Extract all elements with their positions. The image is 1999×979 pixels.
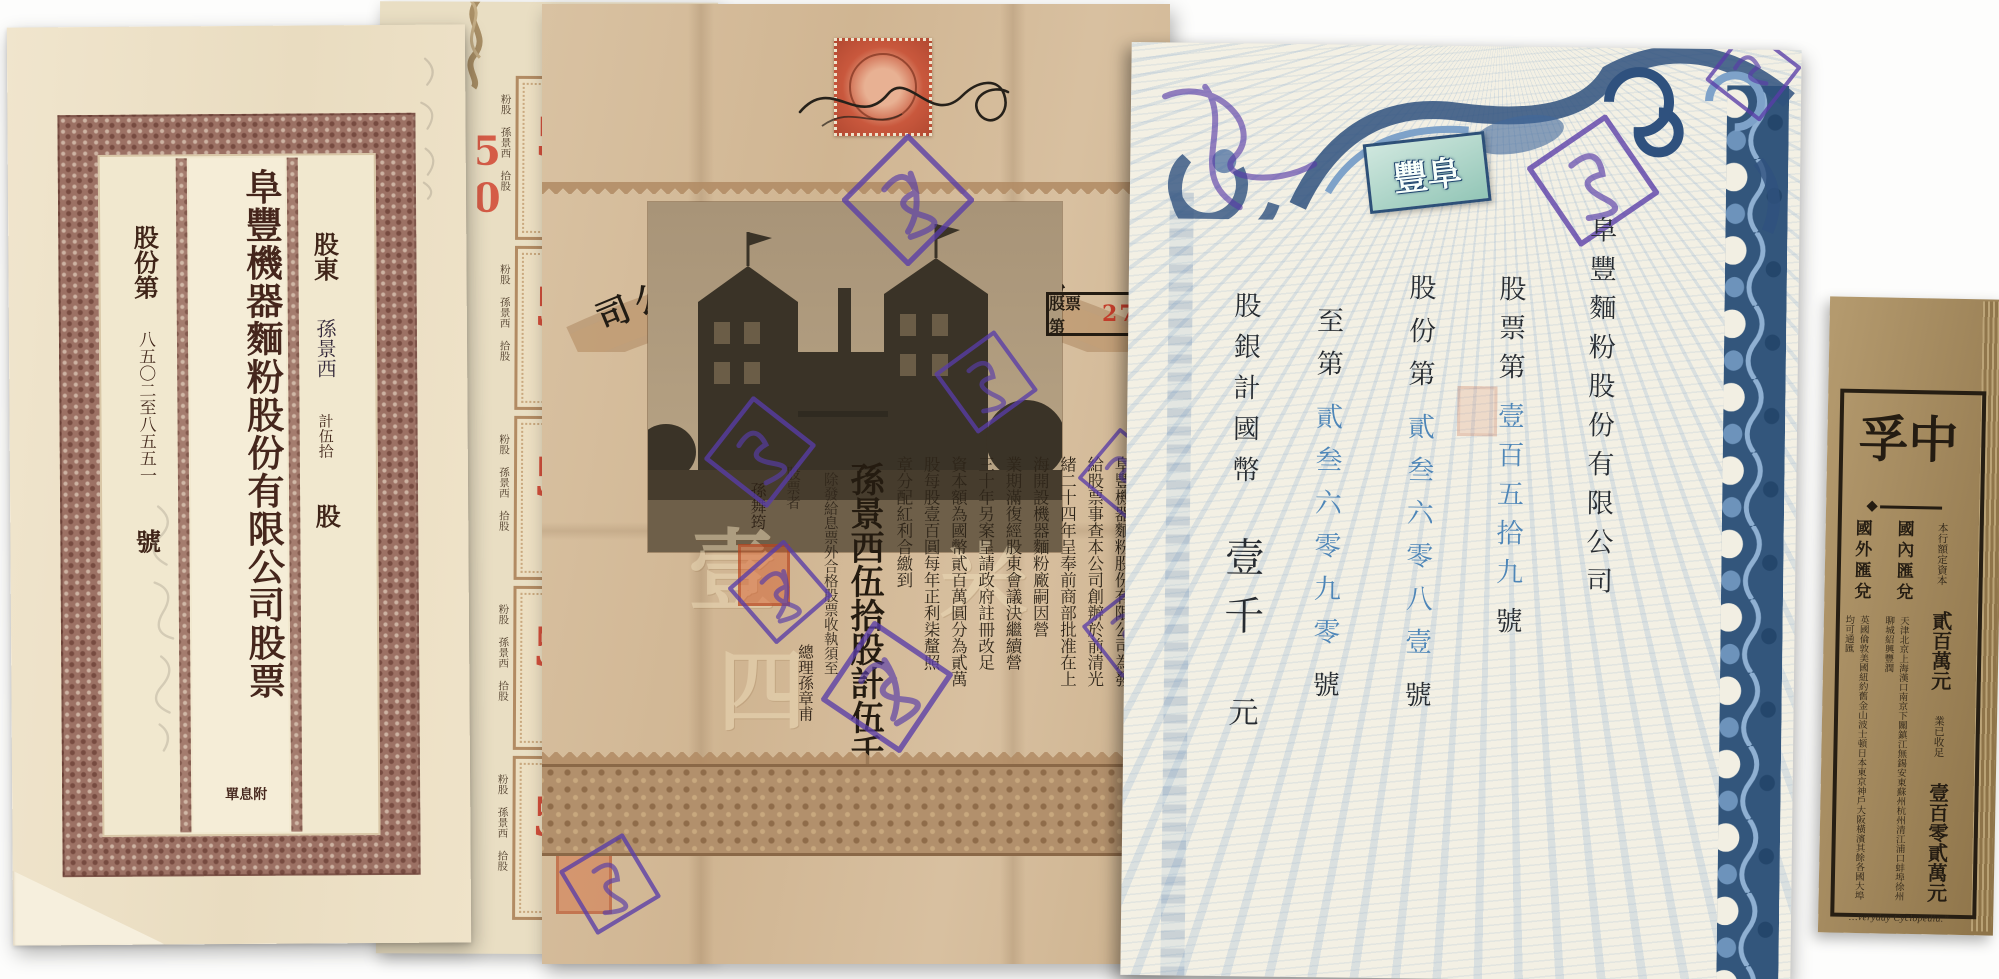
body-column: 海開設機器麵粉廠嗣因營 (1028, 456, 1050, 788)
share-range-start-column: 股份第貳叁六零八壹號 (1395, 273, 1438, 723)
purple-ink-scribble (1143, 66, 1341, 232)
cancel-stamp-icon (808, 608, 965, 765)
serial-range: 八五〇二至八五五一 (135, 331, 156, 484)
share-certificate-main: 司公限有份股粉麵器機豐阜 (542, 4, 1170, 964)
coupon-attached-note: 附息單 (210, 784, 282, 805)
ink-cancellation-squiggle (792, 34, 1042, 144)
share-range-end-value: 貳叁六零九零 (1308, 402, 1342, 660)
share-unit: 股 (312, 503, 341, 528)
shareholder-name: 孫景西 (313, 318, 337, 378)
domestic-exchange-label: 國內匯兌 (1890, 520, 1917, 604)
share-range-value: 貳叁六零八壹 (1400, 412, 1434, 670)
company-banner-ribbon: 阜豐 (1363, 131, 1492, 214)
amount-value: 壹千 (1217, 536, 1264, 653)
paid-label: 業已收足 (1932, 715, 1945, 757)
cut-coupon-remnant: 粉股 孫景西 拾股 (474, 774, 509, 924)
english-caption: …veryday Cyclopedia.” (1824, 912, 1974, 925)
share-range-prefix: 股份第 (1403, 273, 1436, 402)
amount-column: 股銀計國幣壹千元 (1211, 291, 1272, 741)
foreign-branch-list: 英國倫敦美國紐約舊金山波士頓日本東京神戶大阪橫濱其餘各國大埠均可通匯 (1830, 615, 1870, 904)
paid-value: 壹百零貳萬元 (1924, 782, 1950, 902)
stock-certificate-envelope: 阜豐機器麵粉股份有限公司股票 附息單 股東 孫景西 計伍拾 股 股份第 八五〇二… (7, 24, 471, 945)
banner-title: 阜豐 (1391, 144, 1464, 200)
body-column: 緒二十四年呈奉前商部批准在上 (1055, 456, 1077, 788)
ticket-number-prefix: 股票第 (1493, 274, 1525, 391)
pencil-annotation (118, 496, 212, 759)
pencil-annotation (403, 52, 456, 202)
cut-coupon-remnant: 粉股 孫景西 拾股 (476, 264, 511, 414)
serial-label: 股份第 (130, 225, 160, 300)
blue-share-certificate: 阜豐 阜豐麵粉股份有限公司 股票第壹百五拾九號 股份第貳叁六零八壹號 至第貳叁六… (1120, 42, 1801, 979)
cancel-stamp-icon (698, 390, 823, 515)
capital-label: 本行額定資本 (1936, 522, 1949, 585)
serial-prefix: 股票第 (1049, 291, 1095, 337)
cancel-stamp-icon (927, 323, 1046, 442)
ticket-number-column: 股票第壹百五拾九號 (1486, 274, 1528, 645)
amount-suffix: 元 (1222, 696, 1258, 740)
body-column: 三十年另案呈請政府註冊改足 (973, 456, 995, 788)
share-range-end-suffix: 號 (1307, 670, 1339, 713)
bank-name: 中孚 (1839, 399, 1978, 474)
cancel-stamp-icon (1700, 42, 1802, 127)
shareholder-column: 股東 孫景西 計伍拾 股 (306, 231, 344, 528)
share-range-suffix: 號 (1399, 680, 1431, 723)
share-range-end-prefix: 至第 (1311, 306, 1343, 392)
bank-booklet-cover: 中孚 本行額定資本 貳百萬元 業已收足 壹百零貳萬元 國內匯兌 天津北京上海漢口… (1818, 296, 1999, 935)
share-range-end-column: 至第貳叁六零九零號 (1304, 306, 1347, 713)
ticket-number-suffix: 號 (1490, 606, 1521, 645)
foreign-exchange-label: 國外匯兌 (1848, 519, 1875, 603)
cut-coupon-remnant-number: 50 (477, 94, 512, 244)
cut-coupon-remnant: 粉股 孫景西 拾股 (475, 604, 510, 754)
photograph-of-stock-certificates: 第肆拾期息票 阜豐應得利息憑票取 自第 號起至第 號止 孫景西伍拾股 50 粉股… (0, 0, 1999, 979)
company-name-column: 阜豐麵粉股份有限公司 (1577, 215, 1620, 605)
faded-seal (1457, 386, 1498, 436)
cut-coupon-remnant: 粉股 孫景西 拾股 (476, 434, 511, 584)
body-column: 業期滿復經股東會議決繼續營 (1001, 456, 1023, 788)
capital-value: 貳百萬元 (1928, 610, 1954, 690)
amount-prefix: 股銀計國幣 (1227, 291, 1261, 496)
cancel-stamp-icon (842, 134, 974, 266)
domestic-branch-list: 天津北京上海漢口南京下關鎮江無錫安東蘇州杭州清江浦口蚌埠徐州聊城紹興豐潤 (1868, 615, 1910, 904)
shareholder-label: 股東 (310, 231, 339, 281)
partial-red-number: 50 (477, 128, 510, 222)
share-count: 計伍拾 (317, 413, 335, 458)
